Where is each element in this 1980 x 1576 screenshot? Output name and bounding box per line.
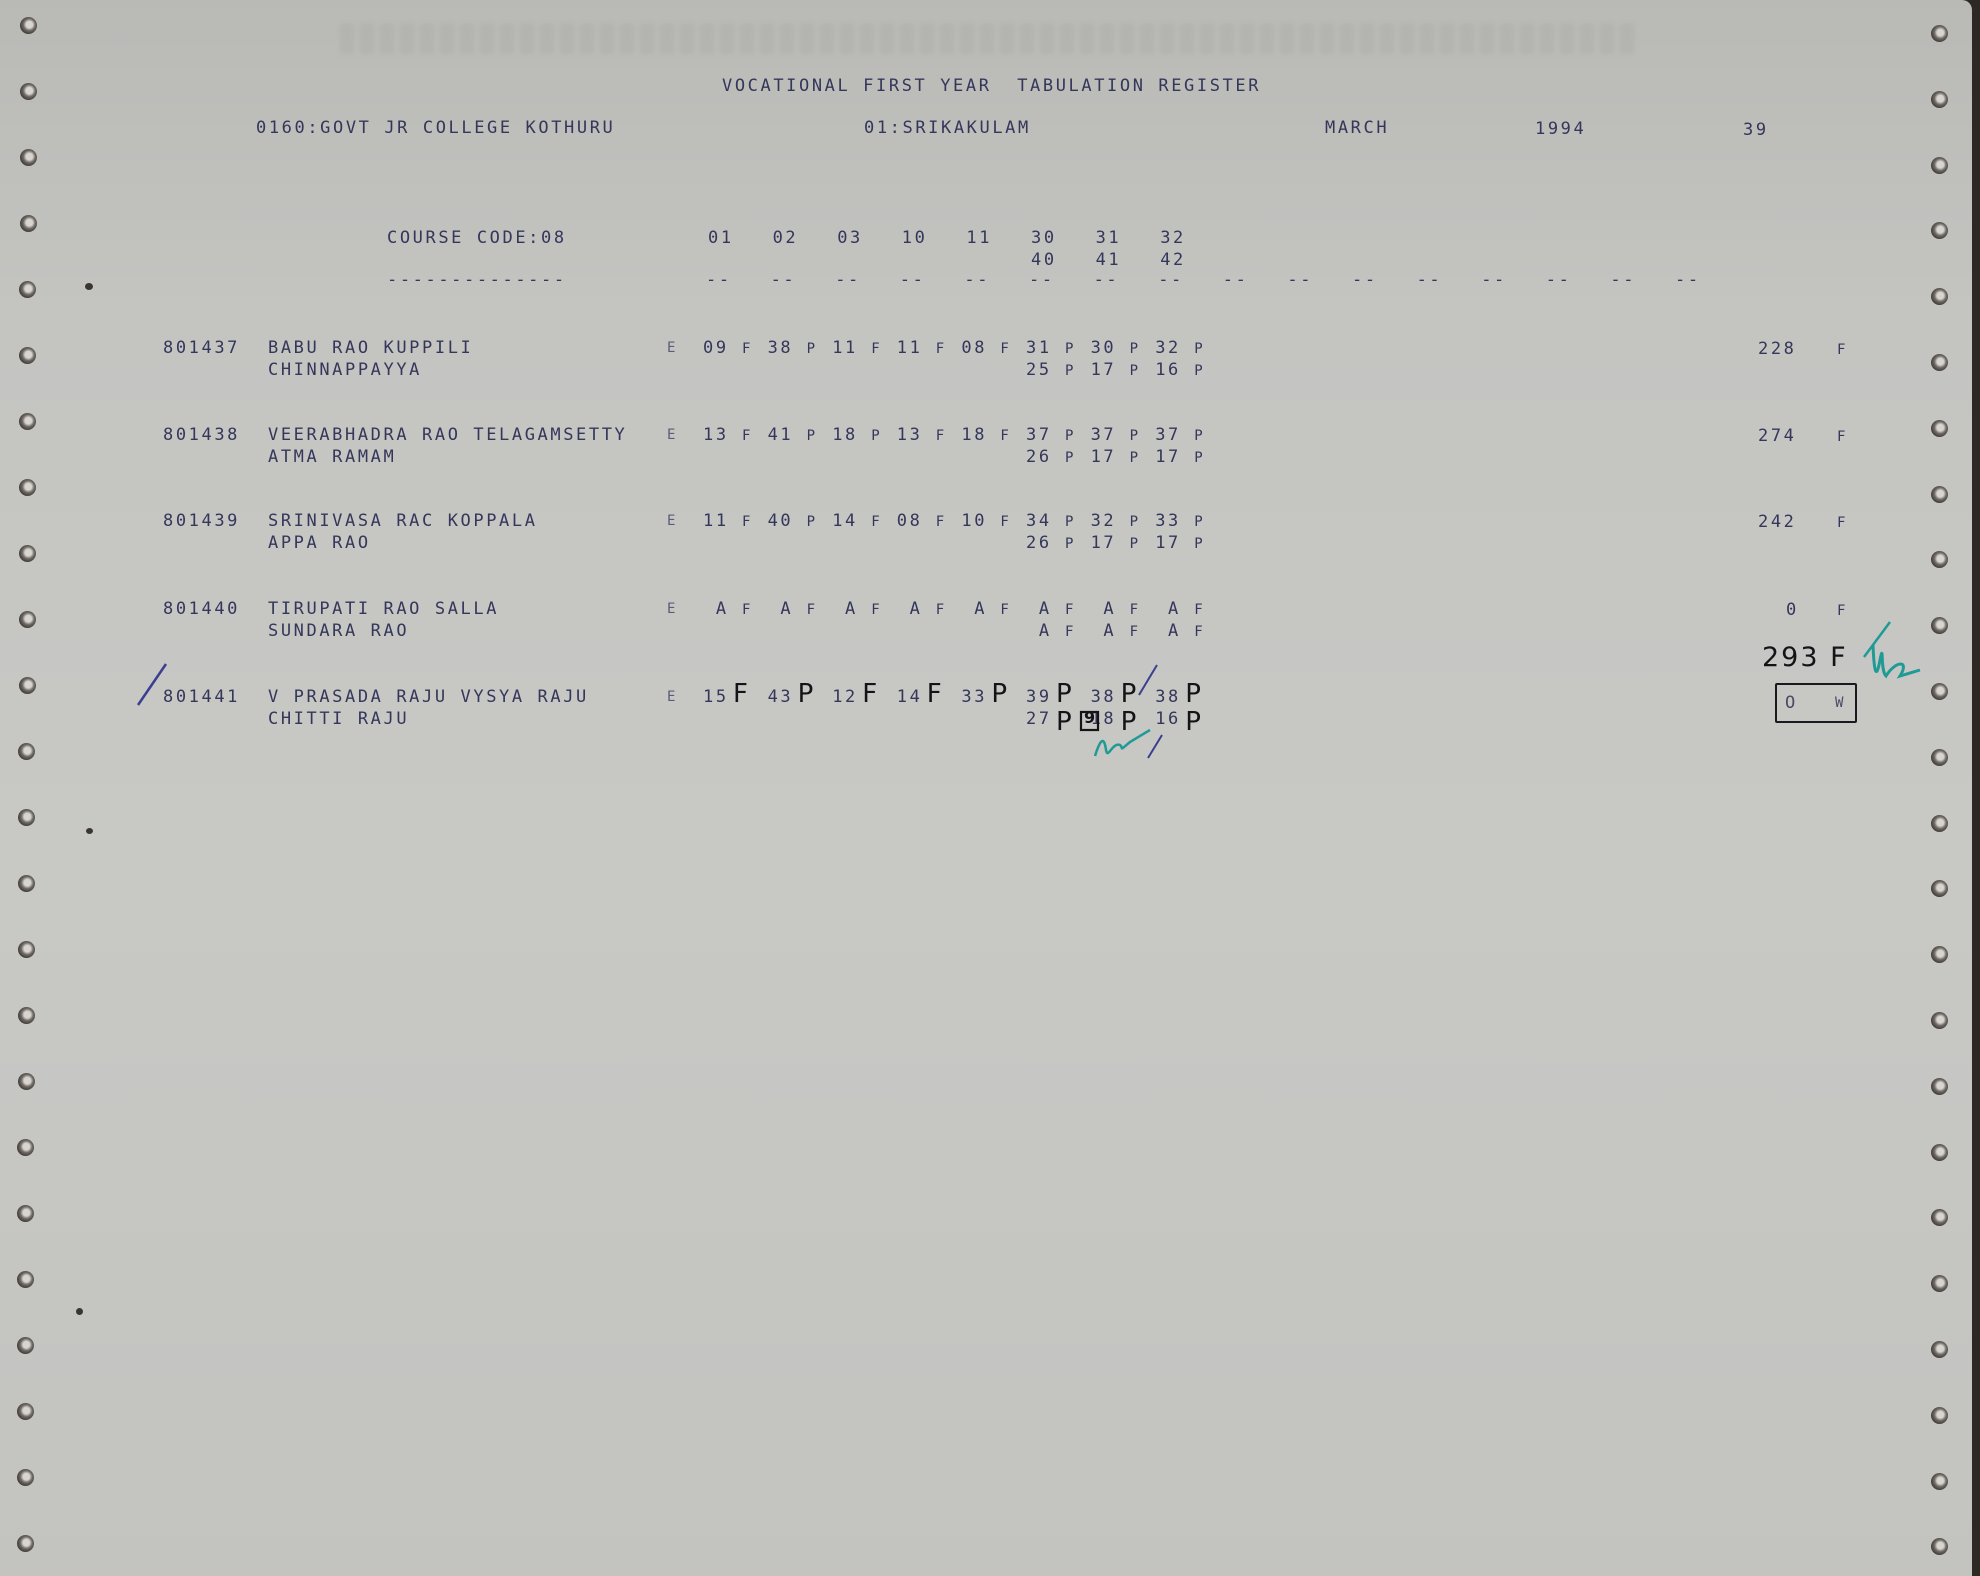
initials-signature-icon [1095,730,1150,756]
pen-annotations [0,0,1980,1576]
tick-mark-icon [1148,735,1162,758]
signature-stroke-icon [1864,622,1890,657]
tick-mark-icon [138,664,166,705]
tabulation-register-sheet: VOCATIONAL FIRST YEAR TABULATION REGISTE… [0,0,1972,1576]
correction-box [1081,712,1098,730]
initials-signature-icon [1873,645,1920,676]
tick-mark-icon [1139,665,1157,695]
